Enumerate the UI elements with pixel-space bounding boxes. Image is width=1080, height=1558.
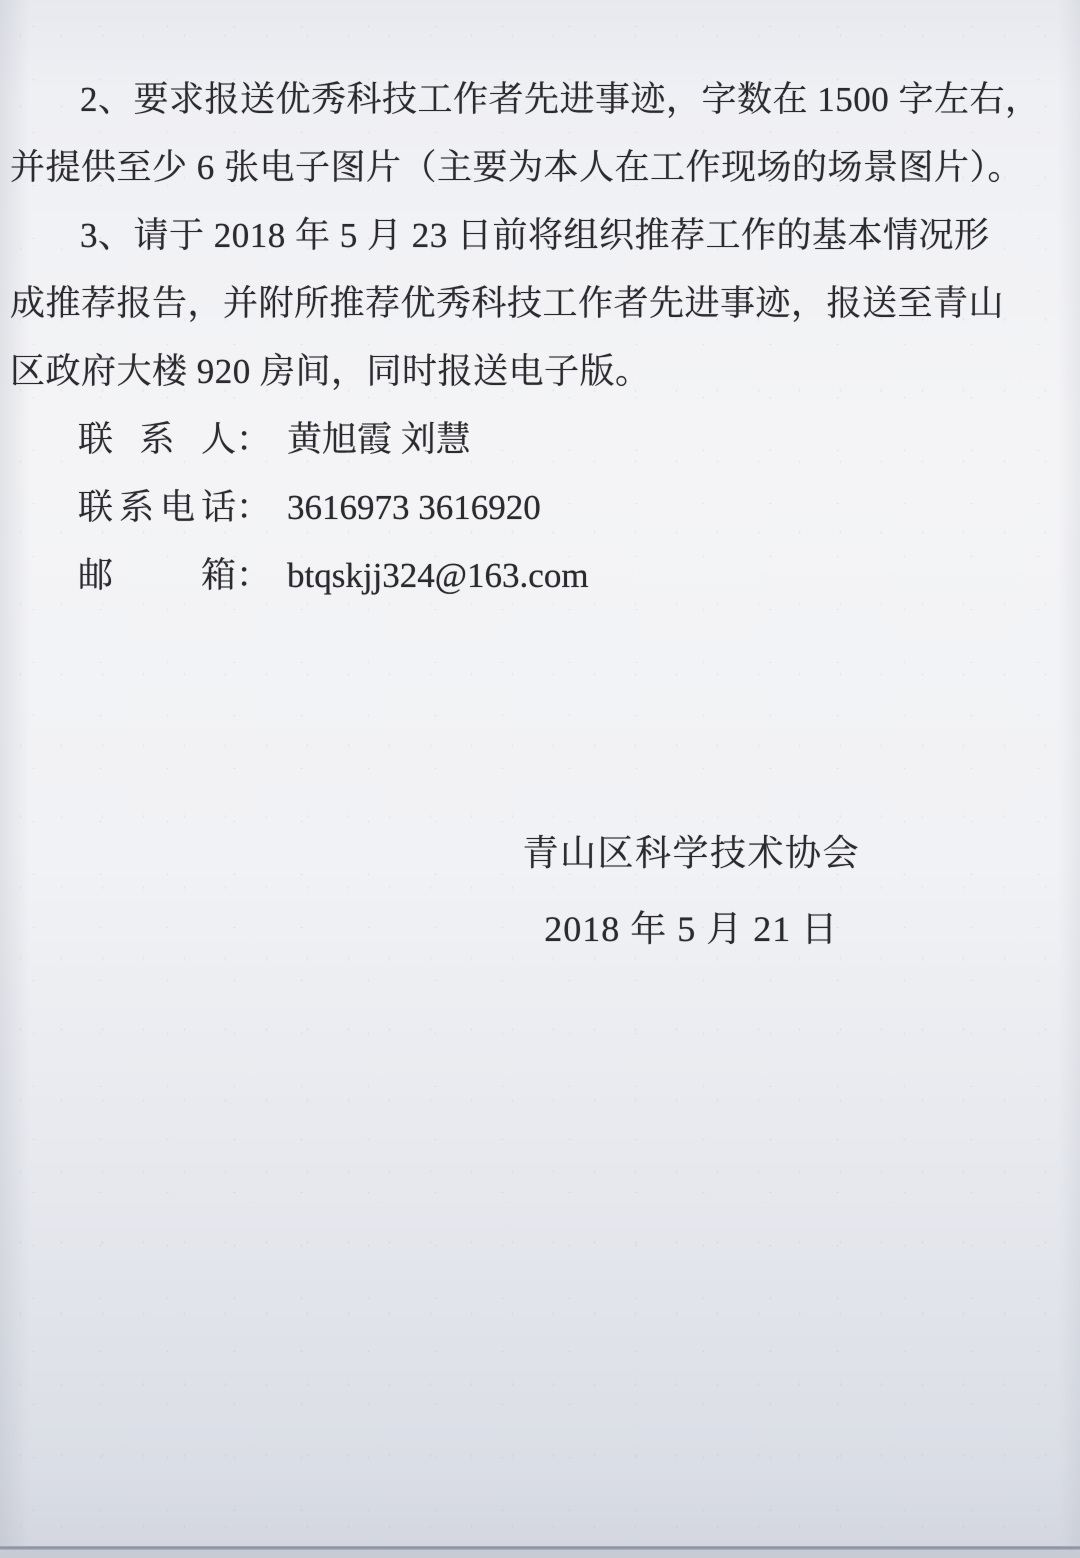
paragraph-3-line-1: 3、请于 2018 年 5 月 23 日前将组织推荐工作的基本情况形 [10,202,1060,270]
paragraph-2-line-2: 并提供至少 6 张电子图片（主要为本人在工作现场的场景图片）。 [10,134,1060,202]
contact-email-row: 邮箱：btqskjj324@163.com [10,542,1060,610]
scanned-document-page: 2、要求报送优秀科技工作者先进事迹，字数在 1500 字左右， 并提供至少 6 … [0,0,1080,1558]
signature-date: 2018 年 5 月 21 日 [522,891,860,967]
scan-bottom-edge-strip [0,1550,1080,1558]
paragraph-3-line-3: 区政府大楼 920 房间，同时报送电子版。 [10,338,1060,406]
contact-email-value: btqskjj324@163.com [287,556,589,595]
paragraph-3-line-2: 成推荐报告，并附所推荐优秀科技工作者先进事迹，报送至青山 [10,270,1060,338]
contact-phone-label: 联系电话 [78,474,236,542]
contact-person-label: 联系人 [78,406,236,474]
contact-person-row: 联系人：黄旭霞 刘慧 [10,406,1060,474]
contact-phone-row: 联系电话：3616973 3616920 [10,474,1060,542]
contact-email-label: 邮箱 [78,542,236,610]
contact-phone-colon: ： [236,474,271,542]
contact-person-colon: ： [236,406,271,474]
contact-email-colon: ： [236,542,271,610]
signature-organization: 青山区科学技术协会 [522,815,860,891]
contact-phone-value: 3616973 3616920 [287,488,541,527]
signature-block: 青山区科学技术协会 2018 年 5 月 21 日 [522,815,860,967]
paragraph-2-line-1: 2、要求报送优秀科技工作者先进事迹，字数在 1500 字左右， [10,66,1060,134]
contact-person-value: 黄旭霞 刘慧 [287,420,471,459]
document-body: 2、要求报送优秀科技工作者先进事迹，字数在 1500 字左右， 并提供至少 6 … [0,0,1080,967]
